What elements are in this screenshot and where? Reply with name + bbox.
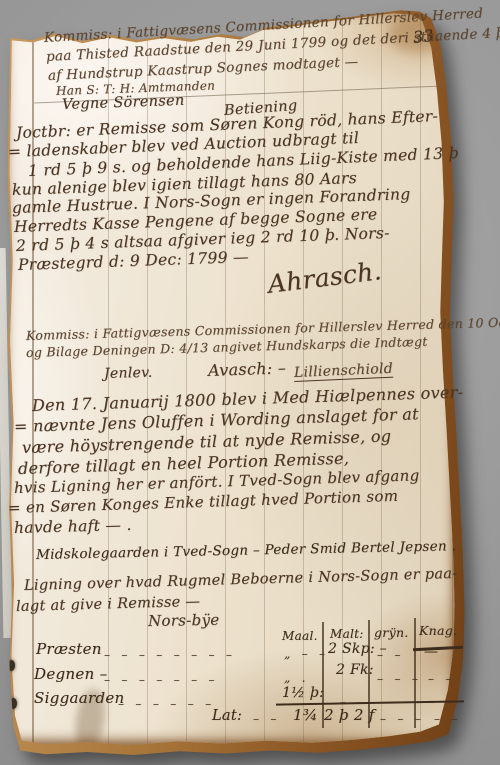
manuscript-photo: Kommiss: i Fattigvæsens Commissionen for…	[0, 0, 500, 765]
table-cell: —	[424, 644, 438, 660]
table-total-cell: 1¾	[293, 706, 318, 724]
table-cell: 2 Fk:	[336, 662, 374, 678]
table-header: Maal.	[282, 629, 318, 643]
leader-dashes: – –	[253, 712, 277, 726]
table-total-cell: 2 þ 2 f	[324, 706, 375, 724]
table-cell: „ .	[284, 671, 306, 685]
signature: Avasch: –	[208, 358, 287, 380]
entry-line: Ligning over hvad Rugmel Beboerne i Nors…	[24, 566, 458, 594]
table-header: Knag.	[419, 623, 457, 638]
handwriting-layer: Kommiss: i Fattigvæsens Commissionen for…	[0, 0, 500, 765]
table-cell: – – –	[377, 672, 418, 686]
table-header: grÿn.	[374, 625, 409, 640]
table-header: Malt:	[330, 627, 364, 641]
signature: Jenlev.	[104, 365, 153, 382]
leader-dashes: – – – – – – – –	[104, 648, 232, 662]
table-total-cell: – – –	[380, 712, 421, 726]
table-cell: – –	[377, 648, 401, 662]
table-cell: – –	[428, 672, 452, 686]
assessors-line: Midskolegaarden i Tved-Sogn – Peder Smid…	[36, 538, 456, 563]
signature: Lillienschiold	[294, 361, 394, 382]
table-cell: „ – –	[284, 647, 325, 661]
signature: Ahrasch.	[266, 256, 383, 299]
leader-dashes: – – – – – –	[118, 697, 211, 711]
table-cell: 1½ þ:	[282, 685, 324, 701]
table-cell: – –	[380, 695, 404, 709]
table-total-label: Lat:	[212, 708, 242, 724]
leader-dashes: – – – – – – –	[104, 673, 215, 687]
table-total-cell: – –	[434, 712, 458, 726]
table-cell: – –	[428, 695, 452, 709]
table-title: Nors-bÿe	[148, 611, 220, 630]
table-row-label: Siggaarden	[34, 689, 124, 707]
table-row-label: Præsten	[36, 640, 102, 658]
table-row-label: Degnen –	[34, 665, 107, 683]
entry-line: havde haft — .	[14, 516, 132, 537]
signature: Vegne Sörensen	[62, 93, 185, 113]
